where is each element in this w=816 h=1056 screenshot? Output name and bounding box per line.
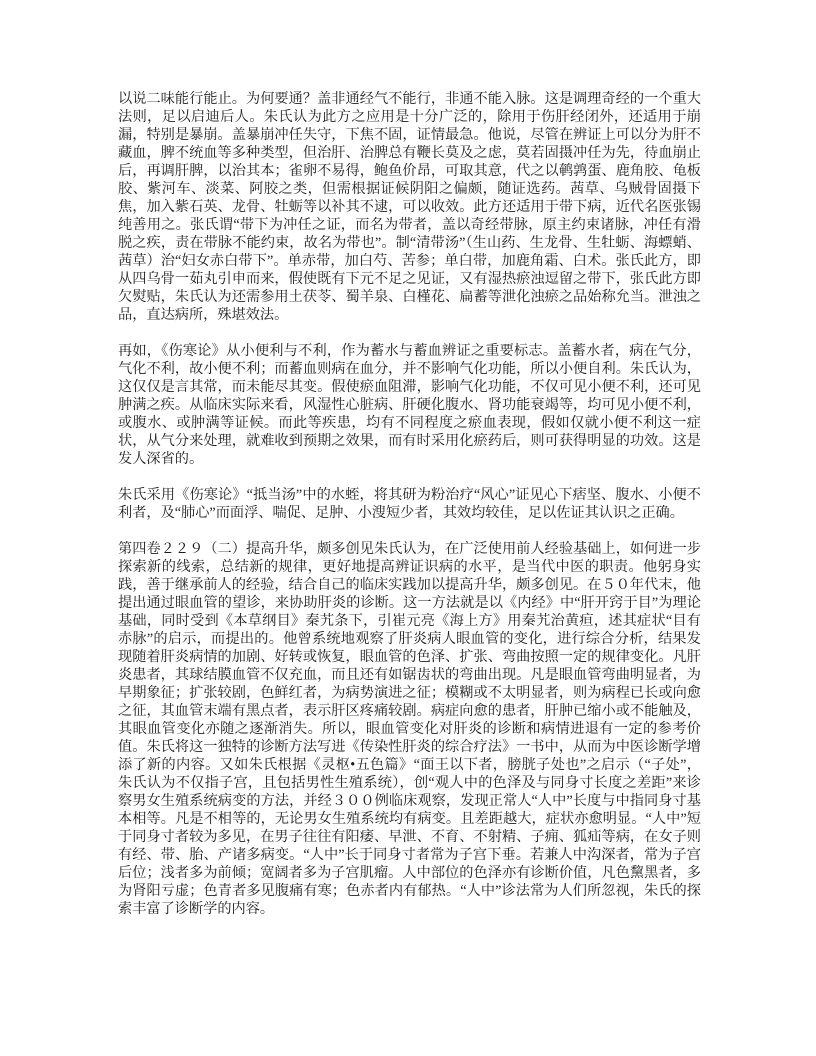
text-block: 以说二味能行能止。为何要通？盖非通经气不能行，非通不能入脉。这是调理奇经的一个重…: [118, 90, 701, 918]
paragraph: 朱氏采用《伤寒论》“抵当汤”中的水蛭，将其研为粉治疗“风心”证见心下痞坚、腹水、…: [118, 486, 701, 522]
paragraph: 再如，《伤寒论》从小便利与不利，作为蓄水与蓄血辨证之重要标志。盖蓄水者，病在气分…: [118, 342, 701, 468]
paragraph: 以说二味能行能止。为何要通？盖非通经气不能行，非通不能入脉。这是调理奇经的一个重…: [118, 90, 701, 324]
document-page: 以说二味能行能止。为何要通？盖非通经气不能行，非通不能入脉。这是调理奇经的一个重…: [0, 0, 816, 1056]
paragraph: 第四卷２２９（二）提高升华，颇多创见朱氏认为，在广泛使用前人经验基础上，如何进一…: [118, 540, 701, 918]
